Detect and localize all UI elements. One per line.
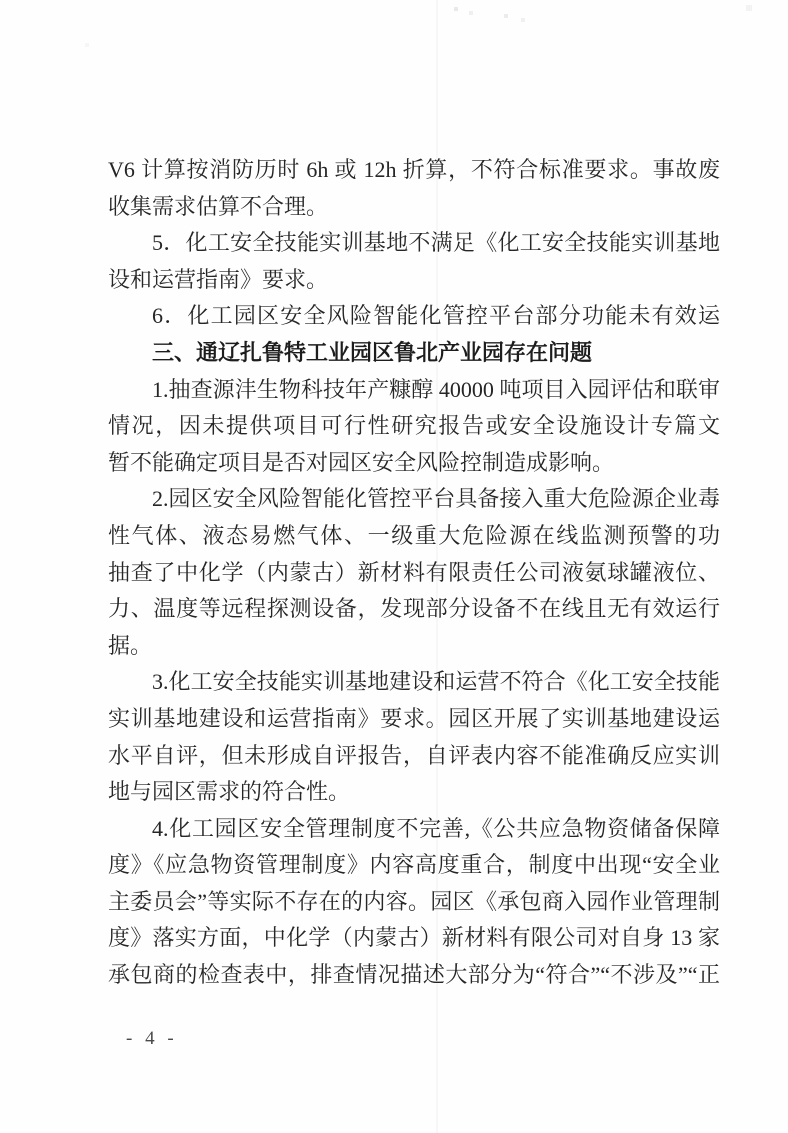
text-line: 度》《应急物资管理制度》内容高度重合，制度中出现“安全业	[108, 847, 720, 884]
text-line: 3.化工安全技能实训基地建设和运营不符合《化工安全技能	[108, 664, 720, 701]
page-number: - 4 -	[126, 1028, 178, 1050]
text-line: 实训基地建设和运营指南》要求。园区开展了实训基地建设运营	[108, 701, 720, 738]
text-line: 性气体、液态易燃气体、一级重大危险源在线监测预警的功能，	[108, 518, 720, 555]
text-line: 地与园区需求的符合性。	[108, 774, 720, 811]
text-line: 1.抽查源沣生物科技年产糠醇 40000 吨项目入园评估和联审	[108, 372, 720, 409]
text-line: 5．化工安全技能实训基地不满足《化工安全技能实训基地建	[108, 225, 720, 262]
text-line: V6 计算按消防历时 6h 或 12h 折算，不符合标准要求。事故废水	[108, 152, 720, 189]
text-line: 情况，因未提供项目可行性研究报告或安全设施设计专篇文本，	[108, 408, 720, 445]
text-line: 2.园区安全风险智能化管控平台具备接入重大危险源企业毒	[108, 481, 720, 518]
document-body: V6 计算按消防历时 6h 或 12h 折算，不符合标准要求。事故废水收集需求估…	[108, 152, 720, 994]
text-line: 暂不能确定项目是否对园区安全风险控制造成影响。	[108, 445, 720, 482]
text-line: 力、温度等远程探测设备，发现部分设备不在线且无有效运行数	[108, 591, 720, 628]
text-line: 6．化工园区安全风险智能化管控平台部分功能未有效运行。	[108, 298, 720, 335]
scanned-document-page: V6 计算按消防历时 6h 或 12h 折算，不符合标准要求。事故废水收集需求估…	[0, 0, 788, 1133]
section-heading: 三、通辽扎鲁特工业园区鲁北产业园存在问题	[108, 335, 720, 372]
text-line: 度》落实方面，中化学（内蒙古）新材料有限公司对自身 13 家	[108, 920, 720, 957]
scan-noise	[0, 0, 2, 2]
text-line: 4.化工园区安全管理制度不完善,《公共应急物资储备保障制	[108, 811, 720, 848]
text-line: 收集需求估算不合理。	[108, 189, 720, 226]
text-line: 据。	[108, 628, 720, 665]
text-line: 水平自评，但未形成自评报告，自评表内容不能准确反应实训基	[108, 738, 720, 775]
text-line: 主委员会”等实际不存在的内容。园区《承包商入园作业管理制	[108, 884, 720, 921]
text-line: 承包商的检查表中，排查情况描述大部分为“符合”“不涉及”“正	[108, 957, 720, 994]
text-line: 抽查了中化学（内蒙古）新材料有限责任公司液氨球罐液位、压	[108, 555, 720, 592]
text-line: 设和运营指南》要求。	[108, 262, 720, 299]
